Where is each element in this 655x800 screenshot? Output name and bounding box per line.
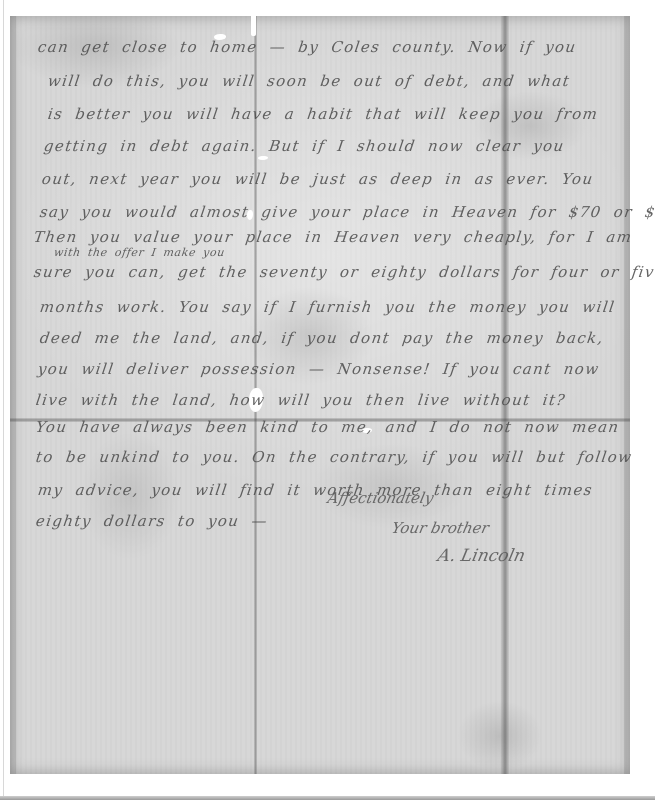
letter-closing: Affectionately [326, 489, 435, 507]
letter-signoff: Your brother [390, 519, 491, 537]
letter-line-interlinear: with the offer I make you [53, 246, 226, 259]
letter-line: live with the land, how will you then li… [35, 391, 567, 409]
letter-line: say you would almost give your place in … [39, 203, 655, 221]
letter-line: deed me the land, and, if you dont pay t… [39, 329, 605, 347]
letter-line: sure you can, get the seventy or eighty … [33, 263, 655, 281]
paper-tear [251, 14, 256, 36]
letter-line: eighty dollars to you — [35, 512, 270, 530]
scan-border-bottom [0, 796, 655, 800]
letter-line: Then you value your place in Heaven very… [33, 228, 634, 246]
letter-line: can get close to home — by Coles county.… [37, 38, 578, 56]
letter-line: You have always been kind to me, and I d… [35, 418, 621, 436]
letter-line: getting in debt again. But if I should n… [43, 137, 566, 155]
letter-page: can get close to home — by Coles county.… [10, 16, 630, 774]
letter-signature: A. Lincoln [436, 546, 527, 566]
paper-tear [258, 156, 268, 160]
letter-line: is better you will have a habit that wil… [47, 105, 600, 123]
letter-line: my advice, you will find it worth more t… [37, 481, 595, 499]
letter-line: you will deliver possession — Nonsense! … [37, 360, 601, 378]
letter-line: will do this, you will soon be out of de… [47, 72, 572, 90]
letter-line: to be unkind to you. On the contrary, if… [35, 448, 634, 466]
letter-line: out, next year you will be just as deep … [41, 170, 595, 188]
scan-border-left [3, 0, 4, 800]
letter-line: months work. You say if I furnish you th… [39, 298, 617, 316]
